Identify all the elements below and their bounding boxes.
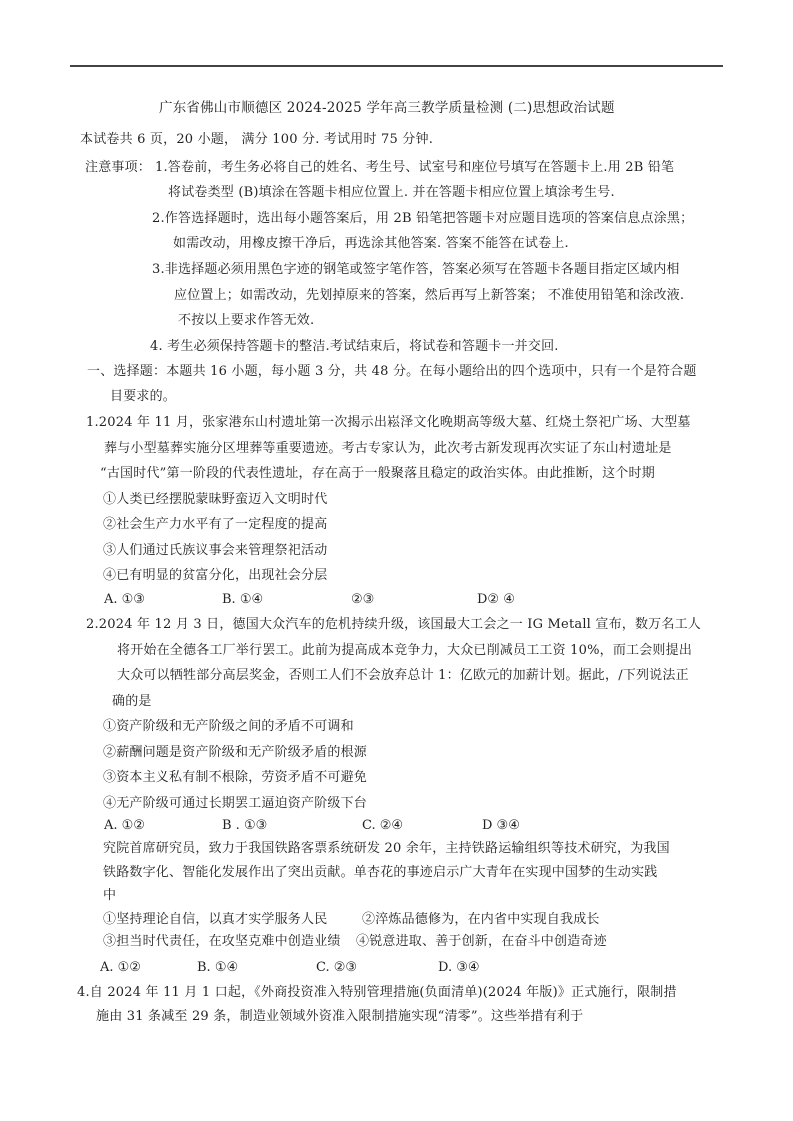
q3-stem-line-2: 铁路数字化、智能化发展作出了突出贡献。单杏花的事迹启示广大青年在实现中国梦的生动… — [103, 865, 657, 881]
section-heading: 一、选择题：本题共 16 小题，每小题 3 分，共 48 分。在每小题给出的四个… — [87, 364, 697, 380]
q1-stem-line-2: 葬与小型墓葬实施分区埋葬等重要遗迹。考古专家认为，此次考古新发现再次实证了东山村… — [104, 441, 672, 457]
q1-option-a[interactable]: A. ①③ — [104, 592, 145, 608]
q2-stem-line-4: 确的是 — [112, 694, 152, 710]
q2-option-b[interactable]: B . ①③ — [222, 818, 267, 834]
q3-statement-3: ③担当时代责任，在攻坚克难中创造业绩 — [103, 934, 341, 950]
q1-option-d[interactable]: D② ④ — [477, 592, 515, 608]
q1-stem-line-1: 1.2024 年 11 月，张家港东山村遗址第一次揭示出崧泽文化晚期高等级大墓、… — [86, 415, 691, 431]
q2-option-c[interactable]: C. ②④ — [362, 818, 403, 834]
q3-option-b[interactable]: B. ①④ — [197, 960, 238, 976]
q2-option-d[interactable]: D ③④ — [482, 818, 520, 834]
q2-stem-line-1: 2.2024 年 12 月 3 日，德国大众汽车的危机持续升级，该国最大工会之一… — [86, 617, 701, 633]
q1-option-c[interactable]: ②③ — [351, 592, 374, 608]
q3-statement-2: ②淬炼品德修为，在内省中实现自我成长 — [362, 912, 600, 928]
q3-stem-line-1: 究院首席研究员，致力于我国铁路客票系统研发 20 余年，主持铁路运输组织等技术研… — [103, 841, 670, 857]
q1-statement-3: ③人们通过氏族议事会来管理祭祀活动 — [103, 543, 327, 559]
q1-option-b[interactable]: B. ①④ — [222, 592, 263, 608]
notice-item-3-line-3: 不按以上要求作答无效. — [178, 313, 314, 329]
notice-item-2-line-2: 如需改动，用橡皮擦干净后，再选涂其他答案. 答案不能答在试卷上. — [173, 236, 569, 252]
q2-stem-line-2: 将开始在全德各工厂举行罢工。此前为提高成本竞争力，大众已削减员工工资 10%，而… — [117, 643, 692, 659]
notice-item-1-line-1: 1.答卷前，考生务必将自己的姓名、考生号、试室号和座位号填写在答题卡上.用 2B… — [155, 160, 674, 176]
notice-item-1-line-2: 将试卷类型 (B)填涂在答题卡相应位置上. 并在答题卡相应位置上填涂考生号. — [168, 185, 615, 201]
q3-option-c[interactable]: C. ②③ — [316, 960, 357, 976]
q2-option-a[interactable]: A. ①② — [104, 818, 145, 834]
notice-item-3-line-1: 3.非选择题必须用黑色字迹的钢笔或签字笔作答，答案必须写在答题卡各题目指定区域内… — [152, 262, 680, 278]
notice-item-2-line-1: 2.作答选择题时，选出每小题答案后，用 2B 铅笔把答题卡对应题目选项的答案信息… — [152, 211, 693, 227]
q3-option-d[interactable]: D. ③④ — [438, 960, 480, 976]
q4-stem-line-1: 4.自 2024 年 11 月 1 口起，《外商投资准入特别管理措施(负面清单)… — [77, 985, 677, 1001]
q3-statement-1: ①坚持理论自信，以真才实学服务人民 — [103, 912, 327, 928]
q3-stem-line-3: 中 — [103, 888, 116, 904]
q1-stem-line-3: “古国时代”第一阶段的代表性遗址，存在高于一般聚落且稳定的政治实体。由此推断，这… — [100, 466, 655, 482]
q2-stem-line-3: 大众可以牺牲部分高层奖金，否则工人们不会放弃总计 1：亿欧元的加薪计划。据此，/… — [117, 668, 689, 684]
notice-item-4: 4. 考生必须保持答题卡的整洁.考试结束后，将试卷和答题卡一并交回. — [150, 339, 559, 355]
notice-item-3-line-2: 应位置上；如需改动，先划掉原来的答案，然后再写上新答案； 不准使用铅笔和涂改液. — [174, 288, 684, 304]
section-heading-cont: 目要求的。 — [110, 389, 176, 405]
q1-statement-4: ④已有明显的贫富分化，出现社会分层 — [103, 568, 327, 584]
q2-statement-1: ①资产阶级和无产阶级之间的矛盾不可调和 — [103, 719, 354, 735]
q3-statement-4: ④锐意进取、善于创新，在奋斗中创造奇迹 — [356, 934, 607, 950]
q3-option-a[interactable]: A. ①② — [100, 960, 141, 976]
q4-stem-line-2: 施由 31 条减至 29 条，制造业领域外资准入限制措施实现“清零”。这些举措有… — [96, 1009, 583, 1025]
q1-statement-1: ①人类已经摆脱蒙昧野蛮迈入文明时代 — [103, 492, 327, 508]
q2-statement-4: ④无产阶级可通过长期罢工逼迫资产阶级下台 — [103, 796, 367, 812]
q2-statement-2: ②薪酬问题是资产阶级和无产阶级矛盾的根源 — [103, 745, 367, 761]
notice-label: 注意事项： — [85, 160, 151, 176]
intro-text: 本试卷共 6 页，20 小题， 满分 100 分. 考试用时 75 分钟. — [80, 132, 433, 148]
q1-statement-2: ②社会生产力水平有了一定程度的提高 — [103, 517, 327, 533]
header-rule — [70, 65, 723, 67]
q2-statement-3: ③资本主义私有制不根除，劳资矛盾不可避免 — [103, 770, 367, 786]
page-title: 广东省佛山市顺德区 2024-2025 学年高三教学质量检测 (二)思想政治试题 — [159, 100, 615, 116]
